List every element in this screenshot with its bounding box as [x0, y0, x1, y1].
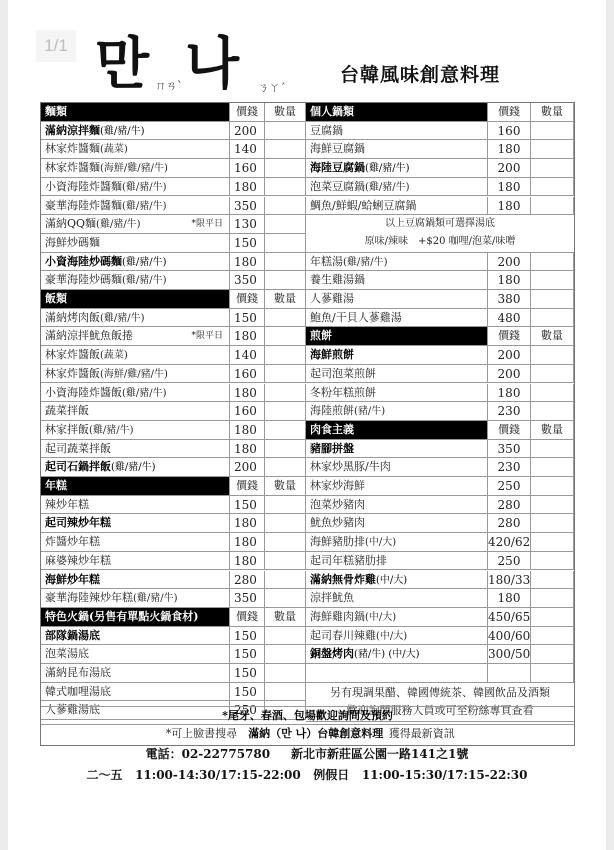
quantity-cell[interactable] — [531, 589, 574, 607]
menu-item-row: 起司泡菜煎餅200 — [306, 365, 574, 384]
menu-item-row: 鮑魚/干貝人蔘雞湯480 — [306, 309, 574, 328]
item-options: (豬/牛) (中/大) — [354, 649, 420, 660]
menu-item-row: 滿納涼拌魷魚飯捲*限平日180 — [41, 327, 306, 346]
item-label: 泡菜豆腐鍋 — [310, 180, 365, 193]
item-price: 180 — [230, 440, 265, 458]
quantity-cell[interactable] — [531, 346, 574, 364]
logo-phonetic-2: ㄋㄚˊ — [258, 82, 286, 93]
item-label: 起司石鍋拌飯 — [45, 460, 111, 473]
menu-item-row: 養生雞湯鍋180 — [306, 271, 574, 290]
price-header: 價錢 — [230, 103, 265, 121]
item-label: 林家炒海鮮 — [310, 479, 365, 492]
item-label: 人蔘雞湯 — [310, 292, 354, 305]
item-options: (雞/豬/牛) — [96, 219, 141, 230]
facebook-banner: *可上臉書搜尋 滿納（만 나）台韓創意料理 獲得最新資訊 — [41, 725, 574, 744]
item-options: (蔬菜) — [100, 350, 128, 361]
menu-item-row: 蔬菜拌飯160 — [41, 402, 306, 421]
quantity-cell[interactable] — [265, 402, 306, 420]
quantity-cell[interactable] — [265, 645, 306, 663]
item-label: 滿納昆布湯底 — [45, 666, 111, 679]
qty-header: 數量 — [265, 290, 306, 308]
item-name: 海鮮煎餅 — [306, 346, 488, 364]
phone-number: 電話：02-22775780 — [146, 747, 270, 761]
quantity-cell[interactable] — [265, 346, 306, 364]
quantity-cell[interactable] — [531, 140, 574, 158]
facebook-pre: *可上臉書搜尋 — [160, 725, 243, 744]
menu-item-row: 涼拌魷魚180 — [306, 589, 574, 608]
price-header: 價錢 — [488, 103, 531, 121]
item-price: 180 — [488, 271, 531, 289]
menu-item-row: 林家拌飯(雞/豬/牛)180 — [41, 421, 306, 440]
item-price: 150 — [230, 645, 265, 663]
item-name: 滿納涼拌魷魚飯捲*限平日 — [41, 327, 230, 345]
item-label: 起司辣炒年糕 — [45, 516, 111, 529]
quantity-cell[interactable] — [265, 421, 306, 439]
quantity-cell[interactable] — [265, 327, 306, 345]
event-banner: *尾牙、春酒、包場歡迎詢問及預約 — [41, 706, 574, 725]
item-label: 林家炸醬麵 — [45, 161, 100, 174]
holiday-hours: 11:00-15:30/17:15-22:30 — [362, 768, 528, 782]
item-name: 海鮮雞肉鍋(中/大) — [306, 608, 488, 626]
quantity-cell[interactable] — [531, 627, 574, 645]
quantity-cell[interactable] — [265, 178, 306, 196]
menu-item-row: 海鮮雞肉鍋(中/大)450/650 — [306, 608, 574, 627]
qty-header: 數量 — [531, 103, 574, 121]
quantity-cell[interactable] — [265, 159, 306, 177]
quantity-cell[interactable] — [265, 514, 306, 532]
item-label: 海鮮豬肋排 — [310, 535, 365, 548]
item-name: 鮑魚/干貝人蔘雞湯 — [306, 309, 488, 327]
item-price: 180 — [230, 514, 265, 532]
price-header: 價錢 — [488, 421, 531, 439]
quantity-cell[interactable] — [265, 458, 306, 476]
item-name: 林家拌飯(雞/豬/牛) — [41, 421, 230, 439]
item-name: 炸醬炒年糕 — [41, 533, 230, 551]
price-header: 價錢 — [230, 290, 265, 308]
menu-item-row: 泡菜湯底150 — [41, 645, 306, 664]
item-options: (中/大) — [365, 612, 396, 623]
menu-item-row — [306, 664, 574, 683]
item-price: 160 — [230, 365, 265, 383]
item-name: 豪華海陸炸醬麵(雞/豬/牛) — [41, 197, 230, 215]
item-note: *限平日 — [191, 215, 223, 233]
item-price: 180 — [488, 140, 531, 158]
qty-header: 數量 — [531, 327, 574, 345]
item-price: 180 — [230, 552, 265, 570]
item-label: 豪華海陸炒碼麵 — [45, 273, 122, 286]
menu-item-row: 海鮮豆腐鍋180 — [306, 140, 574, 159]
item-label: 滿納涼拌魷魚飯捲 — [45, 329, 133, 342]
section-header: 飯類價錢數量 — [41, 290, 306, 309]
item-price: 200 — [488, 253, 531, 271]
menu-item-row: 起司石鍋拌飯(雞/豬/牛)200 — [41, 458, 306, 477]
menu-item-row: 林家炸醬飯(海鮮/雞/豬/牛)160 — [41, 365, 306, 384]
menu-item-row: 韓式咖哩湯底150 — [41, 683, 306, 702]
item-options: (雞/豬/牛) — [100, 313, 145, 324]
item-name: 涼拌魷魚 — [306, 589, 488, 607]
quantity-cell[interactable] — [531, 514, 574, 532]
quantity-cell[interactable] — [265, 683, 306, 701]
item-price: 180 — [230, 384, 265, 402]
item-options: (雞/豬/牛) — [122, 257, 167, 268]
quantity-cell[interactable] — [531, 197, 574, 215]
item-name: 起司蔬菜拌飯 — [41, 440, 230, 458]
quantity-cell[interactable] — [265, 440, 306, 458]
quantity-cell[interactable] — [265, 365, 306, 383]
menu-item-row: 海陸煎餅(豬/牛)230 — [306, 402, 574, 421]
item-name: 起司春川辣雞(中/大) — [306, 627, 488, 645]
item-name: 蔬菜拌飯 — [41, 402, 230, 420]
item-price: 160 — [488, 122, 531, 140]
quantity-cell[interactable] — [531, 533, 574, 551]
item-options: (雞/豬/牛) — [122, 388, 167, 399]
quantity-cell[interactable] — [265, 234, 306, 252]
menu-item-row: 豪華海陸炒碼麵(雞/豬/牛)350 — [41, 271, 306, 290]
item-label: 魷魚炒豬肉 — [310, 516, 365, 529]
item-price: 350 — [230, 197, 265, 215]
item-label: 滿納QQ麵 — [45, 217, 96, 230]
item-price: 480 — [488, 309, 531, 327]
section-title: 飯類 — [41, 290, 230, 308]
item-name: 起司泡菜煎餅 — [306, 365, 488, 383]
item-name: 滿納烤肉飯(雞/豬/牛) — [41, 309, 230, 327]
item-name — [306, 664, 488, 682]
item-name: 麻婆辣炒年糕 — [41, 552, 230, 570]
item-name: 滿納無骨炸雞(中/大) — [306, 571, 488, 589]
quantity-cell[interactable] — [265, 309, 306, 327]
item-options: (雞/豬/牛) — [122, 275, 167, 286]
item-options: (海鮮/雞/豬/牛) — [100, 369, 168, 380]
quantity-cell[interactable] — [531, 309, 574, 327]
qty-header: 數量 — [265, 103, 306, 121]
item-name: 豆腐鍋 — [306, 122, 488, 140]
quantity-cell[interactable] — [531, 290, 574, 308]
item-price: 280 — [230, 571, 265, 589]
qty-header: 數量 — [265, 608, 306, 626]
item-name: 起司辣炒年糕 — [41, 514, 230, 532]
item-label: 小資海陸炸醬飯 — [45, 386, 122, 399]
item-name: 起司石鍋拌飯(雞/豬/牛) — [41, 458, 230, 476]
quantity-cell[interactable] — [531, 608, 574, 626]
item-name: 人蔘雞湯 — [306, 290, 488, 308]
item-price: 140 — [230, 140, 265, 158]
item-name: 泡菜豆腐鍋(雞/豬/牛) — [306, 178, 488, 196]
item-price: 160 — [230, 159, 265, 177]
quantity-cell[interactable] — [531, 253, 574, 271]
item-options: (雞/豬/牛) — [365, 182, 410, 193]
section-header: 年糕價錢數量 — [41, 477, 306, 496]
quantity-cell[interactable] — [531, 271, 574, 289]
item-options: (雞/豬/牛) — [343, 257, 388, 268]
item-price: 150 — [230, 234, 265, 252]
menu-item-row: 起司蔬菜拌飯180 — [41, 440, 306, 459]
menu-item-row: 林家炸醬麵(蔬菜)140 — [41, 140, 306, 159]
quantity-cell[interactable] — [265, 271, 306, 289]
item-label: 年糕湯 — [310, 255, 343, 268]
item-label: 豆腐鍋 — [310, 124, 343, 137]
item-name: 滿納涼拌麵(雞/豬/牛) — [41, 122, 230, 140]
item-label: 小資海陸炸醬麵 — [45, 180, 122, 193]
item-price: 350 — [230, 271, 265, 289]
item-name: 海鮮豬肋排(中/大) — [306, 533, 488, 551]
logo-phonetic-1: ㄇㄢˋ — [155, 80, 183, 91]
menu-item-row: 滿納烤肉飯(雞/豬/牛)150 — [41, 309, 306, 328]
weekday-hours: 11:00-14:30/17:15-22:00 — [135, 768, 301, 782]
quantity-cell[interactable] — [265, 140, 306, 158]
item-price: 350 — [230, 589, 265, 607]
item-options: (中/大) — [376, 631, 407, 642]
logo-char-man: 만 — [95, 30, 149, 100]
item-label: 小資海陸炒碼麵 — [45, 255, 122, 268]
section-title: 麵類 — [41, 103, 230, 121]
item-name: 海陸煎餅(豬/牛) — [306, 402, 488, 420]
item-options: (雞/豬/牛) — [133, 593, 178, 604]
item-price: 380 — [488, 290, 531, 308]
menu-item-row: 海陸豆腐鍋(雞/豬/牛)200 — [306, 159, 574, 178]
item-price — [488, 664, 531, 682]
item-name: 海鮮豆腐鍋 — [306, 140, 488, 158]
quantity-cell[interactable] — [265, 215, 306, 233]
quantity-cell[interactable] — [531, 571, 574, 589]
menu-item-row: 麻婆辣炒年糕180 — [41, 552, 306, 571]
item-label: 鯛魚/鮮蝦/蛤蜊豆腐鍋 — [310, 199, 416, 212]
quantity-cell[interactable] — [531, 552, 574, 570]
qty-header: 數量 — [531, 421, 574, 439]
item-label: 泡菜炒豬肉 — [310, 498, 365, 511]
item-name: 辣炒年糕 — [41, 496, 230, 514]
item-label: 海鮮炒年糕 — [45, 573, 100, 586]
item-label: 海鮮炒碼麵 — [45, 236, 100, 249]
quantity-cell[interactable] — [265, 533, 306, 551]
item-label: 麻婆辣炒年糕 — [45, 554, 111, 567]
item-price: 200 — [230, 458, 265, 476]
menu-item-row: 辣炒年糕150 — [41, 496, 306, 515]
note-line: 以上豆腐鍋類可選擇湯底 — [306, 215, 574, 233]
logo-char-na: 나 — [185, 30, 239, 100]
item-name: 滿納昆布湯底 — [41, 664, 230, 682]
item-price: 280 — [488, 514, 531, 532]
item-price: 400/600 — [488, 627, 531, 645]
menu-item-row: 林家炸醬飯(蔬菜)140 — [41, 346, 306, 365]
item-label: 豪華海陸辣炒年糕 — [45, 591, 133, 604]
item-options: (中/大) — [365, 537, 396, 548]
item-price: 300/500 — [488, 645, 531, 663]
section-title: 肉食主義 — [306, 421, 488, 439]
item-name: 滿納QQ麵(雞/豬/牛)*限平日 — [41, 215, 230, 233]
menu-item-row: 炸醬炒年糕180 — [41, 533, 306, 552]
item-label: 起司泡菜煎餅 — [310, 367, 376, 380]
quantity-cell[interactable] — [531, 159, 574, 177]
menu-item-row: 林家炸醬麵(海鮮/雞/豬/牛)160 — [41, 159, 306, 178]
quantity-cell[interactable] — [531, 178, 574, 196]
item-price: 180 — [230, 178, 265, 196]
item-label: 滿納無骨炸雞 — [310, 573, 376, 586]
item-name: 韓式咖哩湯底 — [41, 683, 230, 701]
item-price: 180 — [230, 533, 265, 551]
item-label: 海鮮煎餅 — [310, 348, 354, 361]
quantity-cell[interactable] — [265, 664, 306, 682]
item-price: 200 — [488, 365, 531, 383]
item-price: 130 — [230, 215, 265, 233]
item-label: 起司春川辣雞 — [310, 629, 376, 642]
menu-item-row: 海鮮炒碼麵150 — [41, 234, 306, 253]
quantity-cell[interactable] — [531, 477, 574, 495]
item-name: 泡菜湯底 — [41, 645, 230, 663]
item-label: 海陸煎餅 — [310, 404, 354, 417]
quantity-cell[interactable] — [531, 664, 574, 682]
quantity-cell[interactable] — [265, 384, 306, 402]
quantity-cell[interactable] — [531, 122, 574, 140]
item-name: 林家炸醬麵(蔬菜) — [41, 140, 230, 158]
quantity-cell[interactable] — [531, 440, 574, 458]
item-name: 養生雞湯鍋 — [306, 271, 488, 289]
item-price: 150 — [230, 496, 265, 514]
menu-item-row: 海鮮炒年糕280 — [41, 571, 306, 590]
item-label: 海鮮雞肉鍋 — [310, 610, 365, 623]
item-label: 海陸豆腐鍋 — [310, 161, 365, 174]
section-title: 年糕 — [41, 477, 230, 495]
section-header: 麵類價錢數量 — [41, 103, 306, 122]
menu-item-row: 滿納昆布湯底150 — [41, 664, 306, 683]
menu-item-row: 鯛魚/鮮蝦/蛤蜊豆腐鍋180 — [306, 197, 574, 216]
qty-header: 數量 — [265, 477, 306, 495]
menu-item-row: 豆腐鍋160 — [306, 122, 574, 141]
item-price: 200 — [488, 346, 531, 364]
item-name: 林家炸醬飯(蔬菜) — [41, 346, 230, 364]
quantity-cell[interactable] — [265, 571, 306, 589]
item-price: 140 — [230, 346, 265, 364]
item-label: 林家炸醬飯 — [45, 348, 100, 361]
item-price: 450/650 — [488, 608, 531, 626]
item-note: *限平日 — [191, 327, 223, 345]
item-options: (雞/豬/牛) — [89, 425, 134, 436]
section-title: 個人鍋類 — [306, 103, 488, 121]
item-label: 林家炒黑豚/牛肉 — [310, 460, 391, 473]
item-name: 豬腳拼盤 — [306, 440, 488, 458]
menu-item-row: 泡菜炒豬肉280 — [306, 496, 574, 515]
item-price: 180 — [230, 253, 265, 271]
quantity-cell[interactable] — [265, 197, 306, 215]
quantity-cell[interactable] — [265, 589, 306, 607]
item-name: 起司年糕豬肋排 — [306, 552, 488, 570]
menu-item-row: 滿納涼拌麵(雞/豬/牛)200 — [41, 122, 306, 141]
section-header: 特色火鍋(另售有單點火鍋食材)價錢數量 — [41, 608, 306, 627]
facebook-page-name: 滿納（만 나）台韓創意料理 — [243, 725, 389, 744]
item-price: 160 — [230, 402, 265, 420]
quantity-cell[interactable] — [531, 496, 574, 514]
item-name: 豪華海陸辣炒年糕(雞/豬/牛) — [41, 589, 230, 607]
item-name: 部隊鍋湯底 — [41, 627, 230, 645]
item-label: 炸醬炒年糕 — [45, 535, 100, 548]
item-options: (蔬菜) — [100, 144, 128, 155]
item-price: 180 — [230, 421, 265, 439]
menu-item-row: 豪華海陸炸醬麵(雞/豬/牛)350 — [41, 197, 306, 216]
item-name: 林家炸醬飯(海鮮/雞/豬/牛) — [41, 365, 230, 383]
item-price: 150 — [230, 627, 265, 645]
item-price: 200 — [488, 159, 531, 177]
item-label: 銅盤烤肉 — [310, 647, 354, 660]
quantity-cell[interactable] — [265, 122, 306, 140]
quantity-cell[interactable] — [531, 384, 574, 402]
restaurant-subtitle: 台韓風味創意料理 — [340, 60, 500, 87]
drinks-note-line-1: 另有現調果醋、韓國傳統茶、韓國飲品及酒類 — [306, 684, 574, 702]
section-header: 個人鍋類價錢數量 — [306, 103, 574, 122]
item-label: 蔬菜拌飯 — [45, 404, 89, 417]
item-price: 350 — [488, 440, 531, 458]
item-price: 250 — [488, 552, 531, 570]
weekday-label: 二～五 — [87, 768, 123, 782]
item-options: (雞/豬/牛) — [365, 163, 410, 174]
menu-item-row: 小資海陸炸醬飯(雞/豬/牛)180 — [41, 384, 306, 403]
item-name: 鯛魚/鮮蝦/蛤蜊豆腐鍋 — [306, 197, 488, 215]
price-header: 價錢 — [488, 327, 531, 345]
item-name: 海陸豆腐鍋(雞/豬/牛) — [306, 159, 488, 177]
quantity-cell[interactable] — [265, 253, 306, 271]
item-price: 250 — [488, 477, 531, 495]
section-title: 煎餅 — [306, 327, 488, 345]
quantity-cell[interactable] — [265, 496, 306, 514]
menu-item-row: 泡菜豆腐鍋(雞/豬/牛)180 — [306, 178, 574, 197]
quantity-cell[interactable] — [531, 365, 574, 383]
menu-item-row: 豪華海陸辣炒年糕(雞/豬/牛)350 — [41, 589, 306, 608]
quantity-cell[interactable] — [265, 627, 306, 645]
item-label: 起司蔬菜拌飯 — [45, 442, 111, 455]
quantity-cell[interactable] — [531, 458, 574, 476]
item-options: (豬/牛) — [354, 406, 385, 417]
holiday-label: 例假日 — [313, 768, 349, 782]
menu-item-row: 海鮮豬肋排(中/大)420/620 — [306, 533, 574, 552]
address: 新北市新莊區公園一路141之1號 — [291, 747, 468, 761]
phone-address-line: 電話：02-22775780 新北市新莊區公園一路141之1號 — [0, 745, 614, 762]
menu-item-row: 小資海陸炸醬麵(雞/豬/牛)180 — [41, 178, 306, 197]
menu-item-row: 部隊鍋湯底150 — [41, 627, 306, 646]
item-label: 養生雞湯鍋 — [310, 273, 365, 286]
item-name: 小資海陸炒碼麵(雞/豬/牛) — [41, 253, 230, 271]
item-name: 銅盤烤肉(豬/牛) (中/大) — [306, 645, 488, 663]
item-price: 180/330 — [488, 571, 531, 589]
item-price: 150 — [230, 683, 265, 701]
price-header: 價錢 — [230, 477, 265, 495]
item-price: 180 — [488, 384, 531, 402]
item-price: 230 — [488, 458, 531, 476]
item-name: 泡菜炒豬肉 — [306, 496, 488, 514]
soup-base-note: 以上豆腐鍋類可選擇湯底原味/辣味 +$20 咖哩/泡菜/味噌 — [306, 215, 574, 252]
item-name: 魷魚炒豬肉 — [306, 514, 488, 532]
item-options: (中/大) — [376, 575, 407, 586]
item-name: 小資海陸炸醬麵(雞/豬/牛) — [41, 178, 230, 196]
item-label: 海鮮豆腐鍋 — [310, 142, 365, 155]
item-label: 冬粉年糕煎餅 — [310, 386, 376, 399]
price-header: 價錢 — [230, 608, 265, 626]
item-options: (海鮮/雞/豬/牛) — [100, 163, 168, 174]
section-header: 煎餅價錢數量 — [306, 327, 574, 346]
quantity-cell[interactable] — [531, 402, 574, 420]
item-name: 海鮮炒年糕 — [41, 571, 230, 589]
item-options: (雞/豬/牛) — [122, 182, 167, 193]
item-label: 林家拌飯 — [45, 423, 89, 436]
menu-item-row: 豬腳拼盤350 — [306, 440, 574, 459]
menu-item-row: 林家炒黑豚/牛肉230 — [306, 458, 574, 477]
page-indicator: 1/1 — [36, 30, 76, 62]
menu-item-row: 海鮮煎餅200 — [306, 346, 574, 365]
item-label: 起司年糕豬肋排 — [310, 554, 387, 567]
item-label: 部隊鍋湯底 — [45, 629, 100, 642]
item-label: 豪華海陸炸醬麵 — [45, 199, 122, 212]
quantity-cell[interactable] — [265, 552, 306, 570]
quantity-cell[interactable] — [531, 645, 574, 663]
section-title: 特色火鍋(另售有單點火鍋食材) — [41, 608, 230, 626]
item-name: 海鮮炒碼麵 — [41, 234, 230, 252]
